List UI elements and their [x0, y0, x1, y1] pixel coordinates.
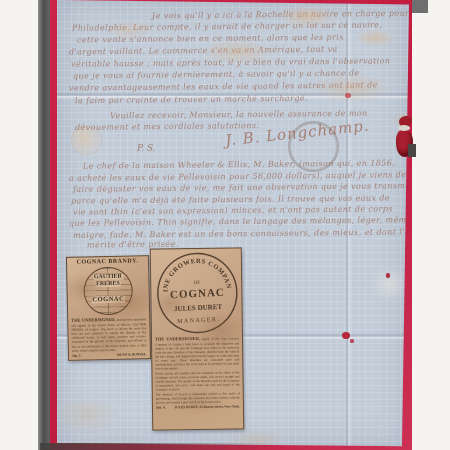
- clipping-body: Prices current and samples may be examin…: [155, 370, 239, 391]
- red-ink-speck: [350, 339, 354, 343]
- photographed-letter: Je vois qu'il y a ici à la Rochelle un n…: [0, 0, 450, 450]
- gautier-freres-seal: GAUTIER FRERES COGNAC: [83, 266, 133, 315]
- seal-title: MANAGER.: [177, 317, 220, 325]
- clipping-vine-growers: VINE GROWERS COMPANY OF COGNAC JULES DUR…: [150, 247, 245, 430]
- clipping-body: THE UNDERSIGNED, (agent of the Vine Grow…: [155, 335, 239, 370]
- clipping-header: COGNAC BRANDY.: [70, 258, 145, 266]
- clipping-signature: MUNN & BONNEL.: [117, 353, 147, 358]
- vine-growers-seal: VINE GROWERS COMPANY OF COGNAC JULES DUR…: [152, 249, 242, 337]
- album-spine-shadow: [38, 0, 50, 450]
- wax-seal-tear: [398, 125, 410, 131]
- clipping-text: having been appointed sole agents in the…: [71, 317, 147, 352]
- seal-text: FRERES: [95, 281, 121, 288]
- clipping-body: The attention of buyers is respectfully …: [156, 391, 240, 404]
- round-stain: [372, 266, 408, 302]
- photo-corner-shadow: [412, 0, 428, 13]
- seal-text: COGNAC: [91, 296, 125, 304]
- seal-agent: JULES DURET: [174, 303, 223, 313]
- seal-name: COGNAC: [170, 287, 225, 302]
- clipping-date: Jan. 4.: [156, 406, 166, 410]
- seal-text: GAUTIER: [93, 274, 123, 281]
- clipping-date: Jan. 1.: [72, 354, 82, 358]
- seal-of: OF: [194, 281, 201, 286]
- clipping-footer: Jan. 4. JULES DURET, 43 Beaver-street, N…: [156, 405, 240, 410]
- clipping-text: (agent of the Vine Growers Company of Co…: [155, 336, 239, 370]
- postscript-label: P. S.: [137, 144, 156, 154]
- red-ink-speck: [342, 332, 350, 339]
- red-ink-speck: [386, 273, 390, 278]
- edge-mark: [408, 144, 416, 157]
- clipping-signature: JULES DURET, 43 Beaver-street, New-York.: [175, 405, 240, 410]
- clipping-footer: Jan. 1. MUNN & BONNEL.: [72, 353, 147, 359]
- red-ink-speck: [345, 93, 351, 98]
- clipping-body: THE UNDERSIGNED, having been appointed s…: [71, 316, 147, 352]
- clipping-lead: THE UNDERSIGNED,: [155, 336, 200, 342]
- clipping-gautier-freres: COGNAC BRANDY. GAUTIER FRERES COGNAC THE…: [66, 255, 151, 361]
- sheet-bottom-shadow: [40, 443, 275, 450]
